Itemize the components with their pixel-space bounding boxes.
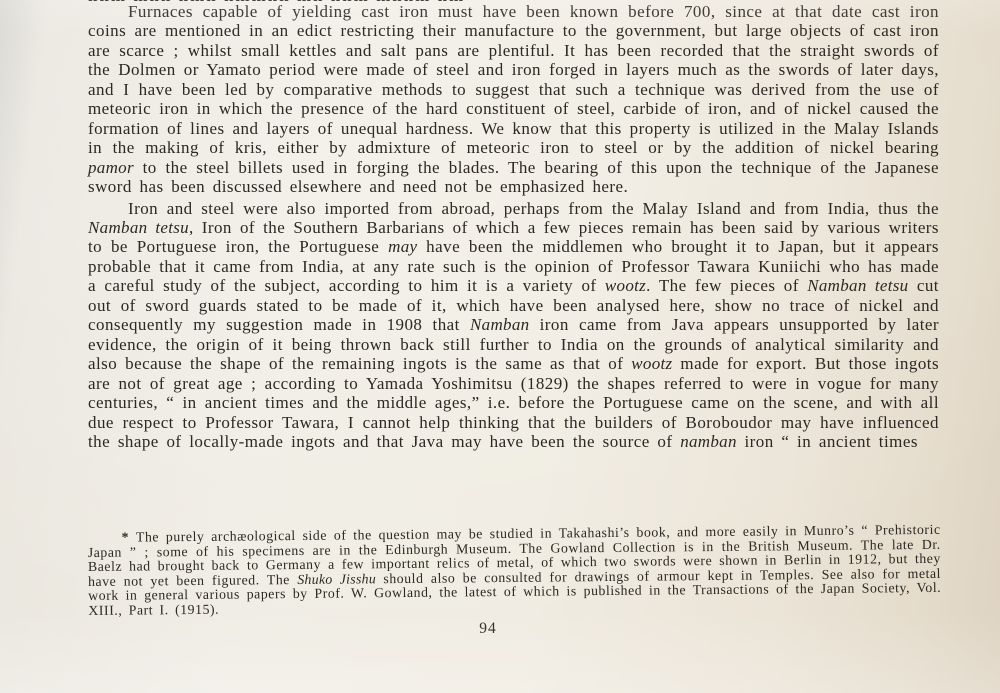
scanned-book-page: nnm mnn nmn nmmnn mn nnm mnnm nm mnnnn p… <box>0 0 1000 693</box>
page-number: 94 <box>88 620 888 638</box>
paragraph-iron-imports: Iron and steel were also imported from a… <box>88 199 939 452</box>
paragraph-furnaces: Furnaces capable of yielding cast iron m… <box>88 2 939 197</box>
page-body: Furnaces capable of yielding cast iron m… <box>88 2 939 451</box>
footnote: * The purely archæological side of the q… <box>88 523 942 618</box>
